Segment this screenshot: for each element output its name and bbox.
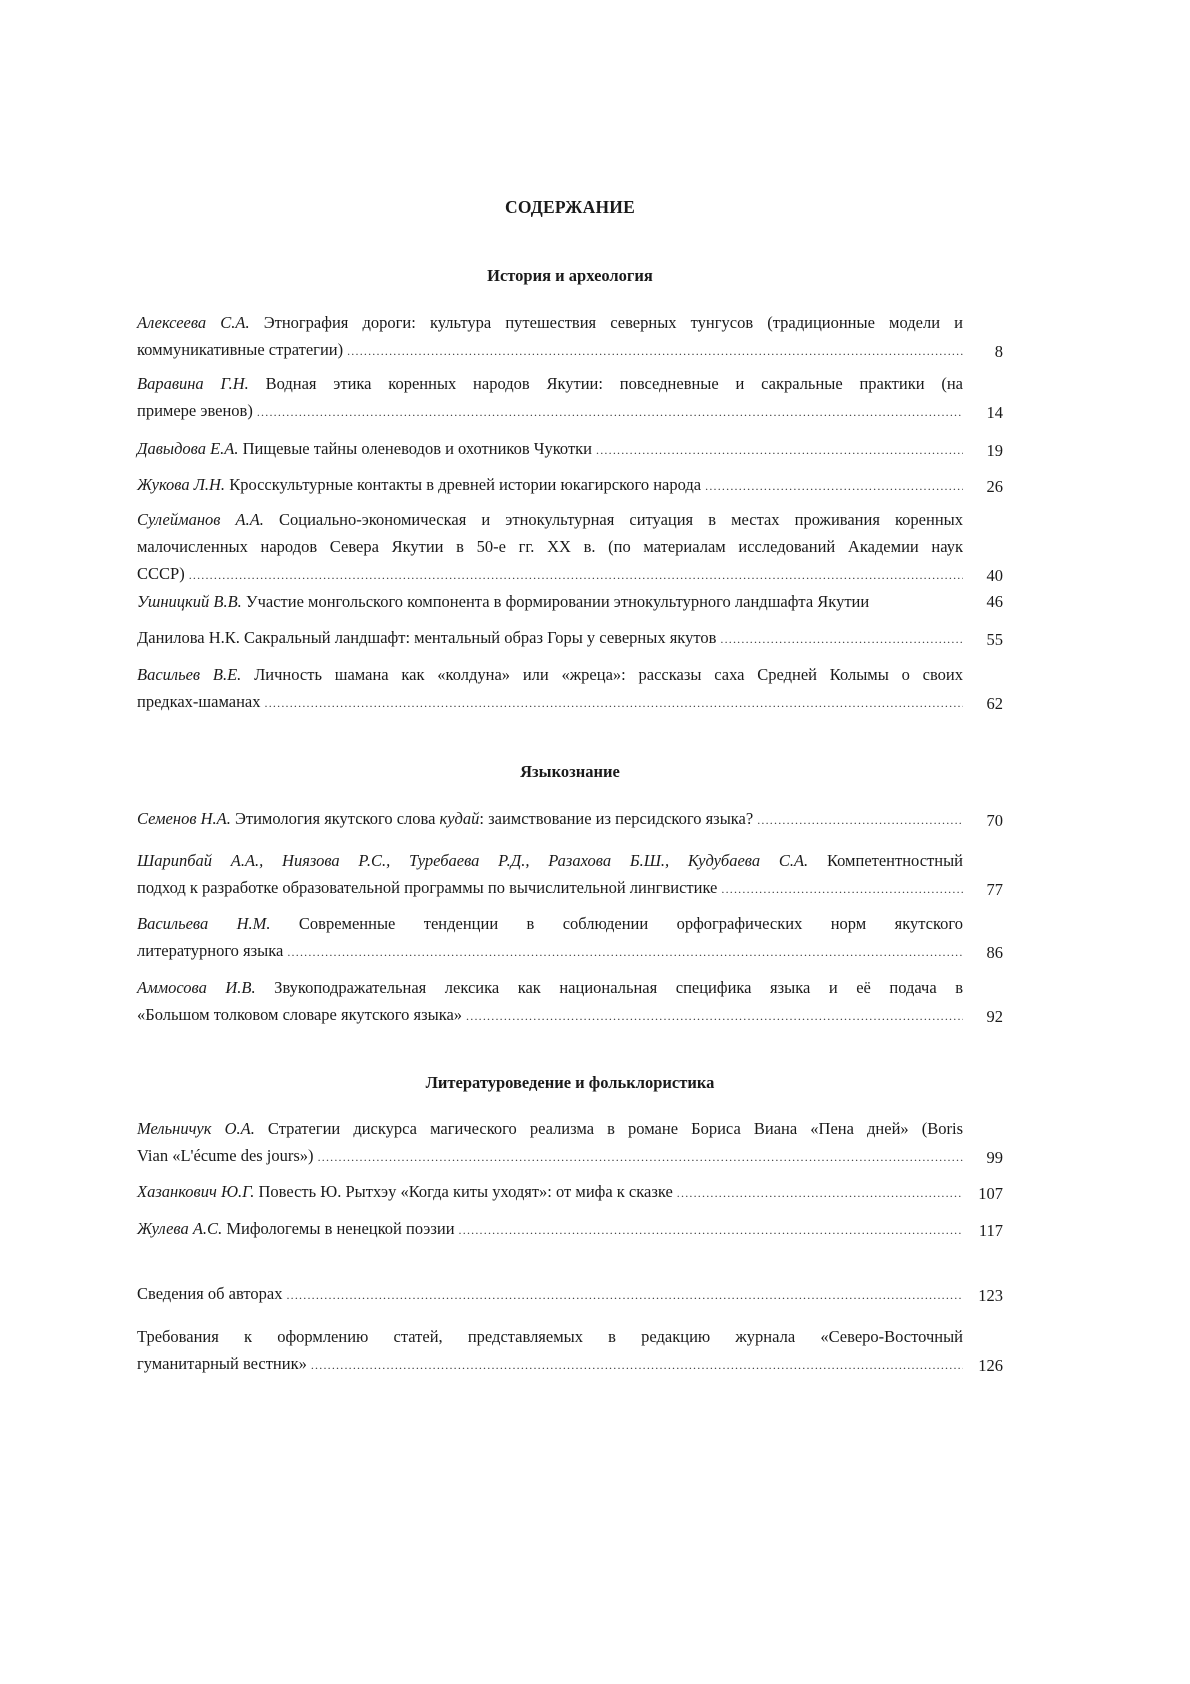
entry-title: Сведения об авторах [137,1284,282,1303]
entry-text: Семенов Н.А. Этимология якутского слова … [137,805,963,834]
page-number[interactable]: 70 [969,807,1003,834]
entry-last-line: подход к разработке образовательной прог… [137,874,963,903]
entry-author: Аммосова И.В. [137,978,256,997]
entry-last-line: СССР) [137,560,963,589]
entry-text: Аммосова И.В. Звукоподражательная лексик… [137,974,963,1030]
appendix-entry[interactable]: Требования к оформлению статей, представ… [137,1323,1003,1379]
entry-title: «Большом толковом словаре якутского язык… [137,1005,462,1024]
entry-title-line: гуманитарный вестник» [137,1350,307,1377]
page-number[interactable]: 99 [969,1144,1003,1171]
dot-leader [287,939,963,966]
entry-author: Алексеева С.А. [137,313,250,332]
toc-entry[interactable]: Аммосова И.В. Звукоподражательная лексик… [137,974,1003,1030]
entry-last-line: Ушницкий В.В. Участие монгольского компо… [137,588,963,615]
entry-title-line: Компетентностный [827,851,963,870]
toc-entry[interactable]: Сулейманов А.А. Социально-экономическая … [137,506,1003,589]
entry-text: Варавина Г.Н. Водная этика коренных наро… [137,370,963,426]
entry-title: Этимология якутского слова [235,809,435,828]
entry-title-line: подход к разработке образовательной прог… [137,874,717,901]
dot-leader [720,626,963,653]
entry-author: Варавина Г.Н. [137,374,249,393]
entry-author: Васильев В.Е. [137,665,241,684]
entry-title-line: предках-шаманах [137,688,261,715]
page-number[interactable]: 107 [969,1180,1003,1207]
entry-title: Кросскультурные контакты в древней истор… [229,475,701,494]
entry-title: предках-шаманах [137,692,261,711]
toc-entry[interactable]: Мельничук О.А. Стратегии дискурса магиче… [137,1115,1003,1171]
entry-line: Шарипбай А.А., Ниязова Р.С., Туребаева Р… [137,847,963,874]
toc-entry[interactable]: Жулева А.С. Мифологемы в ненецкой поэзии… [137,1215,1003,1244]
dot-leader [311,1352,963,1379]
entry-line: Варавина Г.Н. Водная этика коренных наро… [137,370,963,397]
toc-entry[interactable]: Хазанкович Ю.Г. Повесть Ю. Рытхэу «Когда… [137,1178,1003,1207]
page-number[interactable]: 55 [969,626,1003,653]
dot-leader [466,1003,963,1030]
entry-italic-term: кудай [440,809,480,828]
entry-line: Алексеева С.А. Этнография дороги: культу… [137,309,963,336]
page-number[interactable]: 92 [969,1003,1003,1030]
entry-text: Жулева А.С. Мифологемы в ненецкой поэзии [137,1215,963,1244]
entry-title-line: малочисленных народов Севера Якутии в 50… [137,537,963,556]
dot-leader [318,1144,963,1171]
entry-title-line: Стратегии дискурса магического реализма … [268,1119,963,1138]
toc-entry[interactable]: Жукова Л.Н. Кросскультурные контакты в д… [137,471,1003,500]
dot-leader [757,807,963,834]
entry-title-line: Звукоподражательная лексика как национал… [274,978,963,997]
entry-title-line: Личность шамана как «колдуна» или «жреца… [254,665,963,684]
entry-last-line: Данилова Н.К. Сакральный ландшафт: мента… [137,624,963,653]
entry-text: Хазанкович Ю.Г. Повесть Ю. Рытхэу «Когда… [137,1178,963,1207]
entry-line: Васильев В.Е. Личность шамана как «колду… [137,661,963,688]
entry-title-line: «Большом толковом словаре якутского язык… [137,1001,462,1028]
entry-title-line: Этнография дороги: культура путешествия … [264,313,963,332]
entry-title: СССР) [137,564,185,583]
entry-last-line: Семенов Н.А. Этимология якутского слова … [137,805,963,834]
entry-last-line: литературного языка [137,937,963,966]
entry-line: Аммосова И.В. Звукоподражательная лексик… [137,974,963,1001]
entry-title-line: Водная этика коренных народов Якутии: по… [266,374,963,393]
entry-title-line: коммуникативные стратегии) [137,336,343,363]
entry-text: Давыдова Е.А. Пищевые тайны оленеводов и… [137,435,963,464]
entry-title-line: Хазанкович Ю.Г. Повесть Ю. Рытхэу «Когда… [137,1178,673,1205]
entry-text: Сведения об авторах [137,1280,963,1309]
entry-title-line: СССР) [137,560,185,587]
entry-last-line: гуманитарный вестник» [137,1350,963,1379]
entry-last-line: Хазанкович Ю.Г. Повесть Ю. Рытхэу «Когда… [137,1178,963,1207]
entry-title: Данилова Н.К. Сакральный ландшафт: мента… [137,628,716,647]
page-title: СОДЕРЖАНИЕ [137,197,1003,218]
page-number[interactable]: 123 [969,1282,1003,1309]
toc-entry[interactable]: Шарипбай А.А., Ниязова Р.С., Туребаева Р… [137,847,1003,903]
page-number[interactable]: 86 [969,939,1003,966]
toc-entry[interactable]: Семенов Н.А. Этимология якутского слова … [137,805,1003,834]
entry-text: Мельничук О.А. Стратегии дискурса магиче… [137,1115,963,1171]
entry-author: Хазанкович Ю.Г. [137,1182,254,1201]
page-number[interactable]: 8 [969,338,1003,365]
entry-title-line: Vian «L'écume des jours») [137,1142,314,1169]
entry-text: Сулейманов А.А. Социально-экономическая … [137,506,963,589]
entry-title: Участие монгольского компонента в формир… [246,592,869,611]
entry-text: Жукова Л.Н. Кросскультурные контакты в д… [137,471,963,500]
entry-line: Мельничук О.А. Стратегии дискурса магиче… [137,1115,963,1142]
page-number[interactable]: 19 [969,437,1003,464]
entry-title-line: Данилова Н.К. Сакральный ландшафт: мента… [137,624,716,651]
entry-title-line: Семенов Н.А. Этимология якутского слова … [137,805,753,832]
entry-text: Васильева Н.М. Современные тенденции в с… [137,910,963,966]
entry-text: Ушницкий В.В. Участие монгольского компо… [137,588,963,615]
entry-author: Мельничук О.А. [137,1119,255,1138]
entry-title: Мифологемы в ненецкой поэзии [226,1219,454,1238]
entry-text: Алексеева С.А. Этнография дороги: культу… [137,309,963,365]
entry-line: Требования к оформлению статей, представ… [137,1323,963,1350]
entry-title-line: Ушницкий В.В. Участие монгольского компо… [137,588,869,615]
section-heading: История и археология [137,266,1003,286]
entry-last-line: примере эвенов) [137,397,963,426]
page-number[interactable]: 126 [969,1352,1003,1379]
entry-last-line: предках-шаманах [137,688,963,717]
entry-author: Давыдова Е.А. [137,439,239,458]
entry-author: Васильева Н.М. [137,914,271,933]
entry-last-line: Жулева А.С. Мифологемы в ненецкой поэзии [137,1215,963,1244]
entry-last-line: коммуникативные стратегии) [137,336,963,365]
entry-text: Данилова Н.К. Сакральный ландшафт: мента… [137,624,963,653]
dot-leader [596,437,963,464]
entry-author: Семенов Н.А. [137,809,231,828]
entry-author: Шарипбай А.А., Ниязова Р.С., Туребаева Р… [137,851,808,870]
entry-author: Жукова Л.Н. [137,475,225,494]
entry-title: Vian «L'écume des jours») [137,1146,314,1165]
entry-author: Ушницкий В.В. [137,592,242,611]
dot-leader [189,562,963,589]
entry-text: Васильев В.Е. Личность шамана как «колду… [137,661,963,717]
section-heading: Литературоведение и фольклористика [137,1073,1003,1093]
entry-line: малочисленных народов Севера Якутии в 50… [137,533,963,560]
section-heading: Языкознание [137,762,1003,782]
entry-title-line: примере эвенов) [137,397,253,424]
toc-entry[interactable]: Васильева Н.М. Современные тенденции в с… [137,910,1003,966]
dot-leader [459,1217,963,1244]
dot-leader [257,399,963,426]
dot-leader [721,876,963,903]
entry-text: Шарипбай А.А., Ниязова Р.С., Туребаева Р… [137,847,963,903]
entry-author: Жулева А.С. [137,1219,222,1238]
entry-last-line: «Большом толковом словаре якутского язык… [137,1001,963,1030]
entry-title: Повесть Ю. Рытхэу «Когда киты уходят»: о… [259,1182,673,1201]
page-number[interactable]: 26 [969,473,1003,500]
dot-leader [677,1180,963,1207]
entry-title-line: литературного языка [137,937,283,964]
toc-entry[interactable]: Данилова Н.К. Сакральный ландшафт: мента… [137,624,1003,653]
dot-leader [347,338,963,365]
entry-title-line: Сведения об авторах [137,1280,282,1307]
entry-title: коммуникативные стратегии) [137,340,343,359]
entry-title: гуманитарный вестник» [137,1354,307,1373]
entry-author: Сулейманов А.А. [137,510,264,529]
entry-title: Пищевые тайны оленеводов и охотников Чук… [243,439,592,458]
entry-last-line: Сведения об авторах [137,1280,963,1309]
toc-entry[interactable]: Давыдова Е.А. Пищевые тайны оленеводов и… [137,435,1003,464]
entry-title: подход к разработке образовательной прог… [137,878,717,897]
page-number[interactable]: 62 [969,690,1003,717]
appendix-entry[interactable]: Сведения об авторах123 [137,1280,1003,1309]
entry-title: литературного языка [137,941,283,960]
entry-line: Васильева Н.М. Современные тенденции в с… [137,910,963,937]
toc-entry[interactable]: Варавина Г.Н. Водная этика коренных наро… [137,370,1003,426]
toc-entry[interactable]: Алексеева С.А. Этнография дороги: культу… [137,309,1003,365]
page-number[interactable]: 117 [969,1217,1003,1244]
entry-last-line: Давыдова Е.А. Пищевые тайны оленеводов и… [137,435,963,464]
toc-entry[interactable]: Ушницкий В.В. Участие монгольского компо… [137,588,1003,615]
entry-last-line: Жукова Л.Н. Кросскультурные контакты в д… [137,471,963,500]
entry-last-line: Vian «L'écume des jours») [137,1142,963,1171]
toc-entry[interactable]: Васильев В.Е. Личность шамана как «колду… [137,661,1003,717]
entry-title-line: Жулева А.С. Мифологемы в ненецкой поэзии [137,1215,455,1242]
entry-line: Сулейманов А.А. Социально-экономическая … [137,506,963,533]
page-number[interactable]: 77 [969,876,1003,903]
dot-leader [286,1282,963,1309]
entry-text: Требования к оформлению статей, представ… [137,1323,963,1379]
entry-title-rest: : заимствование из персидского языка? [479,809,753,828]
entry-title-line: Социально-экономическая и этнокультурная… [279,510,963,529]
entry-title-line: Давыдова Е.А. Пищевые тайны оленеводов и… [137,435,592,462]
page-number[interactable]: 46 [969,588,1003,615]
page-number[interactable]: 40 [969,562,1003,589]
page-number[interactable]: 14 [969,399,1003,426]
dot-leader [705,473,963,500]
dot-leader [265,690,963,717]
entry-title: примере эвенов) [137,401,253,420]
entry-title-line: Современные тенденции в соблюдении орфог… [299,914,963,933]
entry-title-line: Жукова Л.Н. Кросскультурные контакты в д… [137,471,701,498]
entry-title-line: Требования к оформлению статей, представ… [137,1327,963,1346]
